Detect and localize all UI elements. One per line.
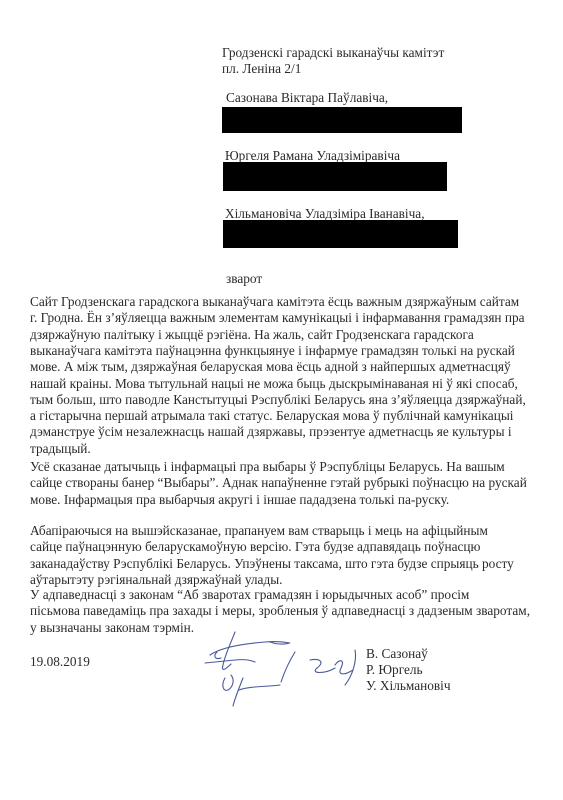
paragraph-1-line: мове. А між тым, дзяржаўная беларуская м… [30, 359, 511, 375]
redaction-box-2 [223, 162, 447, 191]
paragraph-4-line: У адпаведнасці з законам “Аб зваротах гр… [30, 587, 469, 603]
redaction-box-1 [222, 107, 462, 133]
paragraph-1-line: нашай краіны. Мова тытульнай нацыі не мо… [30, 376, 518, 392]
paragraph-3-line: заканадаўству Рэспублікі Беларусь. Упэўн… [30, 556, 514, 572]
paragraph-1-line: традыцый. [30, 441, 91, 457]
paragraph-2-line: мове. Інфармацыя пра выбарчыя акругі і і… [30, 492, 449, 508]
paragraph-1-line: выканаўчага камітэта паўнацэнна функцыян… [30, 343, 515, 359]
paragraph-1-line: г. Гродна. Ён з’яўляецца важным элемента… [30, 310, 525, 326]
handwritten-signatures [195, 630, 365, 710]
paragraph-4-line: пісьмова паведаміць пра захады і меры, з… [30, 603, 530, 619]
signatory-2: Р. Юргель [366, 662, 423, 678]
signatory-1: В. Сазонаў [366, 646, 428, 662]
paragraph-2-line: Усё сказанае датычыць і інфармацыі пра в… [30, 459, 505, 475]
redaction-box-3 [223, 220, 458, 248]
signatory-3: У. Хільмановіч [366, 678, 451, 694]
addressee-address: пл. Леніна 2/1 [222, 61, 301, 77]
paragraph-4-line: у вызначаны законам тэрмін. [30, 620, 194, 636]
paragraph-1-line: тым больш, што паводле Канстытуцыі Рэспу… [30, 392, 526, 408]
paragraph-1-line: дэманструе ўсім незалежнасць нашай дзярж… [30, 424, 512, 440]
paragraph-2-line: сайце створаны банер “Выбары”. Аднак нап… [30, 475, 527, 491]
paragraph-3-line: аўтарытэту рэгіянальнай дзяржаўнай улады… [30, 572, 282, 588]
paragraph-3-line: Абапіраючыся на вышэйсказанае, прапануем… [30, 523, 488, 539]
paragraph-1-line: дзяржаўную палітыку і жыццё рэгіёна. На … [30, 327, 474, 343]
letter-date: 19.08.2019 [30, 654, 90, 670]
addressee-org: Гродзенскі гарадскі выканаўчы камітэт [222, 45, 444, 61]
paragraph-1-line: Сайт Гродзенскага гарадскога выканаўчага… [30, 294, 519, 310]
paragraph-1-line: а гістарычна першай атрымала такі статус… [30, 408, 513, 424]
sender-1-name: Сазонава Віктара Паўлавіча, [226, 90, 388, 106]
document-title: зварот [226, 271, 262, 287]
paragraph-3-line: сайце паўнацэнную беларускамоўную версію… [30, 539, 480, 555]
